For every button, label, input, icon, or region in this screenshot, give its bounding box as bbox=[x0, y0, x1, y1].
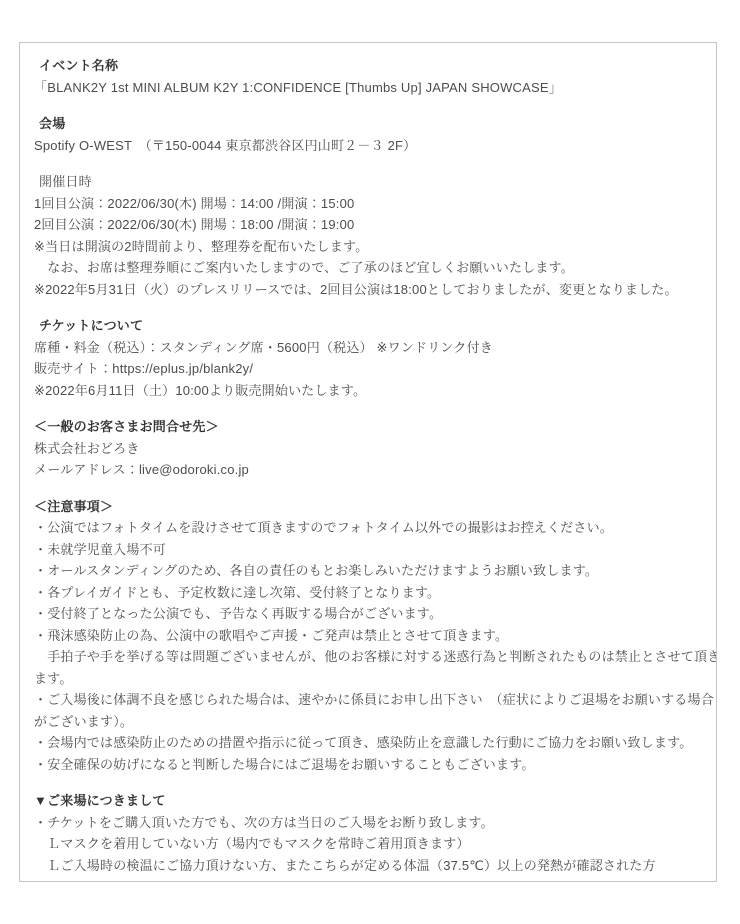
section-line: ・受付終了となった公演でも、予告なく再販する場合がございます。 bbox=[34, 603, 714, 625]
section-line: ・ご入場後に体調不良を感じられた場合は、速やかに係員にお申し出下さい （症状によ… bbox=[34, 689, 714, 711]
section-line: ・会場内では感染防止のための措置や指示に従って頂き、感染防止を意識した行動にご協… bbox=[34, 732, 714, 754]
section-line: ・未就学児童入場不可 bbox=[34, 539, 714, 561]
section-line: がございます）。 bbox=[34, 711, 714, 733]
section: ＜注意事項＞・公演ではフォトタイムを設けさせて頂きますのでフォトタイム以外での撮… bbox=[34, 496, 714, 776]
section-line: なお、お席は整理券順にご案内いたしますので、ご了承のほど宜しくお願いいたします。 bbox=[34, 257, 714, 279]
section-line: 販売サイト：https://eplus.jp/blank2y/ bbox=[34, 358, 714, 380]
section-line: ます。 bbox=[34, 668, 714, 690]
section-line: Ｌマスクを着用していない方（場内でもマスクを常時ご着用頂きます） bbox=[34, 833, 714, 855]
section-line: ・飛沫感染防止の為、公演中の歌唱やご声援・ご発声は禁止とさせて頂きます。 bbox=[34, 625, 714, 647]
section-heading: ▼ご来場につきまして bbox=[34, 790, 714, 812]
section-line: ・公演ではフォトタイムを設けさせて頂きますのでフォトタイム以外での撮影はお控えく… bbox=[34, 517, 714, 539]
section-line: Spotify O-WEST （〒150-0044 東京都渋谷区円山町２－３ 2… bbox=[34, 135, 714, 157]
section: ＜一般のお客さまお問合せ先＞株式会社おどろきメールアドレス：live@odoro… bbox=[34, 416, 714, 481]
section-line: 席種・料金（税込）：スタンディング席・5600円（税込） ※ワンドリンク付き bbox=[34, 337, 714, 359]
section: チケットについて席種・料金（税込）：スタンディング席・5600円（税込） ※ワン… bbox=[34, 315, 714, 401]
section-heading: イベント名称 bbox=[34, 55, 714, 77]
section-heading: ＜一般のお客さまお問合せ先＞ bbox=[34, 416, 714, 438]
section-heading: ＜注意事項＞ bbox=[34, 496, 714, 518]
section-line: ※当日は開演の2時間前より、整理券を配布いたします。 bbox=[34, 236, 714, 258]
section-line: 手拍子や手を挙げる等は問題ございませんが、他のお客様に対する迷惑行為と判断された… bbox=[34, 646, 714, 668]
section-line: 株式会社おどろき bbox=[34, 438, 714, 460]
section: 会場Spotify O-WEST （〒150-0044 東京都渋谷区円山町２－３… bbox=[34, 113, 714, 156]
section-line: Ｌご入場時の検温にご協力頂けない方、またこちらが定める体温（37.5℃）以上の発… bbox=[34, 855, 714, 877]
section-line: ※2022年6月11日（土）10:00より販売開始いたします。 bbox=[34, 380, 714, 402]
section-line: ・オールスタンディングのため、各自の責任のもとお楽しみいただけますようお願い致し… bbox=[34, 560, 714, 582]
section-heading: 開催日時 bbox=[34, 171, 714, 193]
section: 開催日時1回目公演：2022/06/30(木) 開場：14:00 /開演：15:… bbox=[34, 171, 714, 300]
section: イベント名称「BLANK2Y 1st MINI ALBUM K2Y 1:CONF… bbox=[34, 55, 714, 98]
section-line: 「BLANK2Y 1st MINI ALBUM K2Y 1:CONFIDENCE… bbox=[34, 77, 714, 99]
section-line: ・チケットをご購入頂いた方でも、次の方は当日のご入場をお断り致します。 bbox=[34, 812, 714, 834]
section-heading: 会場 bbox=[34, 113, 714, 135]
section-line: メールアドレス：live@odoroki.co.jp bbox=[34, 459, 714, 481]
section-line: ・各プレイガイドとも、予定枚数に達し次第、受付終了となります。 bbox=[34, 582, 714, 604]
section-line: 1回目公演：2022/06/30(木) 開場：14:00 /開演：15:00 bbox=[34, 193, 714, 215]
section-line: 2回目公演：2022/06/30(木) 開場：18:00 /開演：19:00 bbox=[34, 214, 714, 236]
section-line: ※2022年5月31日（火）のプレスリリースでは、2回目公演は18:00としてお… bbox=[34, 279, 714, 301]
section: ▼ご来場につきまして・チケットをご購入頂いた方でも、次の方は当日のご入場をお断り… bbox=[34, 790, 714, 876]
document-box: イベント名称「BLANK2Y 1st MINI ALBUM K2Y 1:CONF… bbox=[19, 42, 717, 882]
section-heading: チケットについて bbox=[34, 315, 714, 337]
section-line: ・安全確保の妨げになると判断した場合にはご退場をお願いすることもございます。 bbox=[34, 754, 714, 776]
